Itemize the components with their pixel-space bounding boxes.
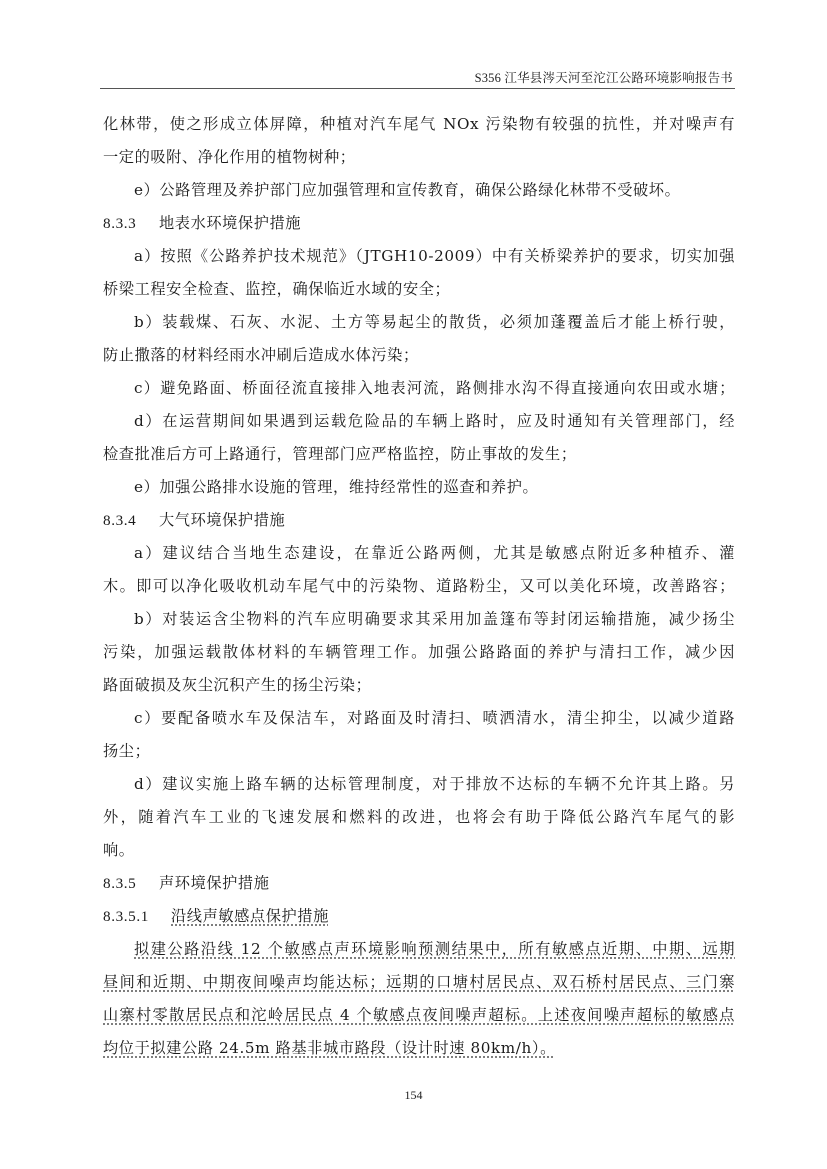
list-item-d: d）在运营期间如果遇到运载危险品的车辆上路时，应及时通知有关管理部门，经 — [103, 405, 735, 438]
list-item-a: a）按照《公路养护技术规范》（JTGH10-2009）中有关桥梁养护的要求，切实… — [103, 240, 735, 273]
section-title: 声环境保护措施 — [159, 874, 270, 892]
list-item-a-cont: 木。即可以净化吸收机动车尾气中的污染物、道路粉尘，又可以美化环境，改善路容； — [103, 570, 735, 603]
list-item-b: b）装载煤、石灰、水泥、土方等易起尘的散货，必须加蓬覆盖后才能上桥行驶， — [103, 306, 735, 339]
list-item-e: e）加强公路排水设施的管理，维持经常性的巡查和养护。 — [103, 471, 735, 504]
list-item-a-cont: 桥梁工程安全检查、监控，确保临近水域的安全； — [103, 273, 735, 306]
paragraph-line: 化林带，使之形成立体屏障，种植对汽车尾气 NOx 污染物有较强的抗性，并对噪声有 — [103, 108, 735, 141]
section-heading-8-3-4: 8.3.4大气环境保护措施 — [103, 504, 735, 537]
list-item-d-cont: 响。 — [103, 834, 735, 867]
tracked-change-text: 昼间和近期、中期夜间噪声均能达标；远期的口塘村居民点、双石桥村居民点、三门寨 — [103, 973, 735, 991]
list-item-b: b）对装运含尘物料的汽车应明确要求其采用加盖篷布等封闭运输措施，减少扬尘 — [103, 603, 735, 636]
section-number: 8.3.3 — [103, 207, 159, 240]
page-body: 化林带，使之形成立体屏障，种植对汽车尾气 NOx 污染物有较强的抗性，并对噪声有… — [103, 108, 735, 1065]
list-item-d: d）建议实施上路车辆的达标管理制度，对于排放不达标的车辆不允许其上路。另 — [103, 768, 735, 801]
list-item-a: a）建议结合当地生态建设，在靠近公路两侧，尤其是敏感点附近多种植乔、灌 — [103, 537, 735, 570]
list-item-c: c）避免路面、桥面径流直接排入地表河流，路侧排水沟不得直接通向农田或水塘； — [103, 372, 735, 405]
section-title: 大气环境保护措施 — [159, 511, 285, 529]
paragraph-line: 山寨村零散居民点和沱岭居民点 4 个敏感点夜间噪声超标。上述夜间噪声超标的敏感点 — [103, 999, 735, 1032]
section-number: 8.3.5.1 — [103, 900, 171, 933]
paragraph-line: 一定的吸附、净化作用的植物树种； — [103, 141, 735, 174]
section-number: 8.3.5 — [103, 867, 159, 900]
document-title: S356 江华县涔天河至沱江公路环境影响报告书 — [475, 68, 733, 86]
paragraph-line: 均位于拟建公路 24.5m 路基非城市路段（设计时速 80km/h）。 — [103, 1032, 735, 1065]
list-item-d-cont: 检查批准后方可上路通行，管理部门应严格监控，防止事故的发生； — [103, 438, 735, 471]
list-item-e: e）公路管理及养护部门应加强管理和宣传教育，确保公路绿化林带不受破坏。 — [103, 174, 735, 207]
list-item-b-cont: 路面破损及灰尘沉积产生的扬尘污染； — [103, 669, 735, 702]
section-heading-8-3-5-1: 8.3.5.1沿线声敏感点保护措施 — [103, 900, 735, 933]
list-item-b-cont: 防止撒落的材料经雨水冲刷后造成水体污染； — [103, 339, 735, 372]
paragraph-line: 拟建公路沿线 12 个敏感点声环境影响预测结果中，所有敏感点近期、中期、远期 — [103, 933, 735, 966]
section-number: 8.3.4 — [103, 504, 159, 537]
list-item-c: c）要配备喷水车及保洁车，对路面及时清扫、喷洒清水，清尘抑尘，以减少道路 — [103, 702, 735, 735]
list-item-c-cont: 扬尘； — [103, 735, 735, 768]
list-item-d-cont: 外，随着汽车工业的飞速发展和燃料的改进，也将会有助于降低公路汽车尾气的影 — [103, 801, 735, 834]
section-title: 沿线声敏感点保护措施 — [171, 907, 329, 925]
tracked-change-text: 均位于拟建公路 24.5m 路基非城市路段（设计时速 80km/h）。 — [103, 1039, 556, 1057]
section-heading-8-3-3: 8.3.3地表水环境保护措施 — [103, 207, 735, 240]
section-heading-8-3-5: 8.3.5声环境保护措施 — [103, 867, 735, 900]
section-title: 地表水环境保护措施 — [159, 214, 301, 232]
page-number: 154 — [0, 1088, 827, 1103]
running-header: S356 江华县涔天河至沱江公路环境影响报告书 — [100, 62, 735, 89]
tracked-change-text: 山寨村零散居民点和沱岭居民点 4 个敏感点夜间噪声超标。上述夜间噪声超标的敏感点 — [103, 1006, 735, 1024]
list-item-b-cont: 污染，加强运载散体材料的车辆管理工作。加强公路路面的养护与清扫工作，减少因 — [103, 636, 735, 669]
tracked-change-text: 拟建公路沿线 12 个敏感点声环境影响预测结果中，所有敏感点近期、中期、远期 — [134, 940, 735, 958]
paragraph-line: 昼间和近期、中期夜间噪声均能达标；远期的口塘村居民点、双石桥村居民点、三门寨 — [103, 966, 735, 999]
